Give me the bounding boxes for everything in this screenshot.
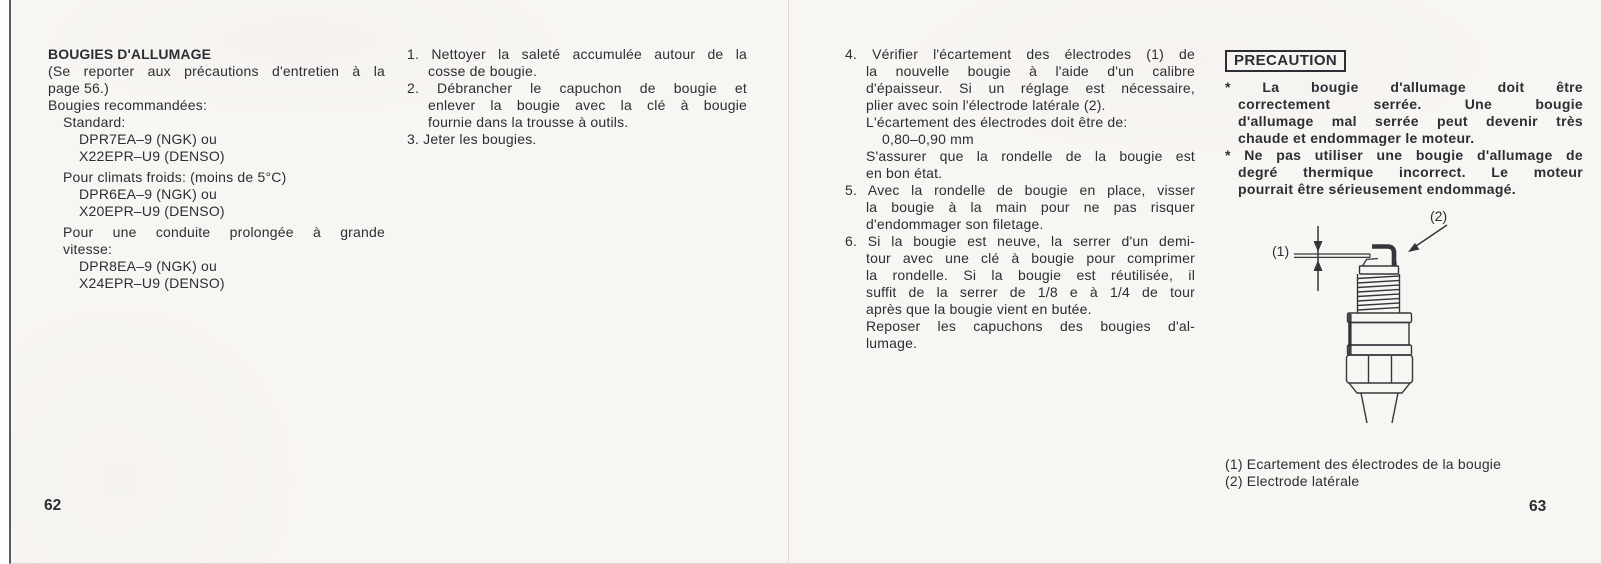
step-line: Reposer les capuchons des bougies d'al- xyxy=(845,318,1195,335)
step-line: enlever la bougie avec la clé à bougie xyxy=(407,97,747,114)
step-line: 6. Si la bougie est neuve, la serrer d'u… xyxy=(845,233,1195,250)
step-line: fournie dans la trousse à outils. xyxy=(407,114,747,131)
precaution-body: * La bougie d'allumage doit être correct… xyxy=(1225,79,1583,198)
step-line: suffit de la serrer de 1/8 e à 1/4 de to… xyxy=(845,284,1195,301)
precaution-line: pourrait être sérieusement endommagé. xyxy=(1225,181,1583,198)
spark-plug-drawing xyxy=(1250,212,1490,427)
step-line: après que la bougie vient en butée. xyxy=(845,301,1195,318)
step-line: d'endommager son filetage. xyxy=(845,216,1195,233)
figure-caption-1: (1) Ecartement des électrodes de la boug… xyxy=(1225,456,1587,473)
step-line: 3. Jeter les bougies. xyxy=(407,131,747,148)
plug-code: DPR6EA–9 (NGK) ou xyxy=(48,186,385,203)
left-page-column-2: 1. Nettoyer la saleté accumulée autour d… xyxy=(407,46,747,148)
page-fold-line xyxy=(788,0,789,564)
precaution-line: chaude et endommager le moteur. xyxy=(1225,130,1583,147)
step-line: 2. Débrancher le capuchon de bougie et xyxy=(407,80,747,97)
plug-type-label: Pour une conduite prolongée à grande xyxy=(48,224,385,241)
left-page-column-1: BOUGIES D'ALLUMAGE (Se reporter aux préc… xyxy=(48,46,385,292)
precaution-line: * La bougie d'allumage doit être xyxy=(1225,79,1583,96)
plug-type-label: Standard: xyxy=(48,114,385,131)
manual-spread: BOUGIES D'ALLUMAGE (Se reporter aux préc… xyxy=(0,0,1601,564)
plug-code: X24EPR–U9 (DENSO) xyxy=(48,275,385,292)
precaution-title-box: PRECAUTION xyxy=(1225,50,1346,72)
step-line: S'assurer que la rondelle de la bougie e… xyxy=(845,148,1195,165)
step-line: 1. Nettoyer la saleté accumulée autour d… xyxy=(407,46,747,63)
plug-type-label: Pour climats froids: (moins de 5°C) xyxy=(48,169,385,186)
spark-plug-figure: (1) (2) xyxy=(1248,206,1498,424)
precaution-line: degré thermique incorrect. Le moteur xyxy=(1225,164,1583,181)
plug-code: X22EPR–U9 (DENSO) xyxy=(48,148,385,165)
step-line: tour avec une clé à bougie pour comprime… xyxy=(845,250,1195,267)
scan-left-edge-line xyxy=(9,0,11,564)
plug-code: X20EPR–U9 (DENSO) xyxy=(48,203,385,220)
page-number-right: 63 xyxy=(1529,498,1546,516)
step-line: la rondelle. Si la bougie est réutilisée… xyxy=(845,267,1195,284)
scan-left-margin xyxy=(0,0,9,564)
section-note-line: page 56.) xyxy=(48,80,385,97)
step-line: la bougie à la main pour ne pas risquer xyxy=(845,199,1195,216)
page-number-left: 62 xyxy=(44,497,61,515)
section-title: BOUGIES D'ALLUMAGE xyxy=(48,46,385,63)
precaution-line: * Ne pas utiliser une bougie d'allumage … xyxy=(1225,147,1583,164)
right-page-column-1: 4. Vérifier l'écartement des électrodes … xyxy=(845,46,1195,352)
step-line: en bon état. xyxy=(845,165,1195,182)
electrode-gap-value: 0,80–0,90 mm xyxy=(845,131,1195,148)
figure-caption-2: (2) Electrode latérale xyxy=(1225,473,1587,490)
step-line: lumage. xyxy=(845,335,1195,352)
plug-code: DPR7EA–9 (NGK) ou xyxy=(48,131,385,148)
step-line: 5. Avec la rondelle de bougie en place, … xyxy=(845,182,1195,199)
right-page-column-2: PRECAUTION * La bougie d'allumage doit ê… xyxy=(1225,50,1583,198)
step-line: la nouvelle bougie à l'aide d'un calibre xyxy=(845,63,1195,80)
section-note-line: (Se reporter aux précautions d'entretien… xyxy=(48,63,385,80)
step-line: plier avec soin l'électrode latérale (2)… xyxy=(845,97,1195,114)
precaution-line: d'allumage mal serrée peut devenir très xyxy=(1225,113,1583,130)
plug-type-label: vitesse: xyxy=(48,241,385,258)
plug-code: DPR8EA–9 (NGK) ou xyxy=(48,258,385,275)
precaution-line: correctement serrée. Une bougie xyxy=(1225,96,1583,113)
step-line: cosse de bougie. xyxy=(407,63,747,80)
step-line: d'épaisseur. Si un réglage est nécessair… xyxy=(845,80,1195,97)
figure-captions: (1) Ecartement des électrodes de la boug… xyxy=(1225,456,1587,490)
recommended-label: Bougies recommandées: xyxy=(48,97,385,114)
step-line: L'écartement des électrodes doit être de… xyxy=(845,114,1195,131)
step-line: 4. Vérifier l'écartement des électrodes … xyxy=(845,46,1195,63)
